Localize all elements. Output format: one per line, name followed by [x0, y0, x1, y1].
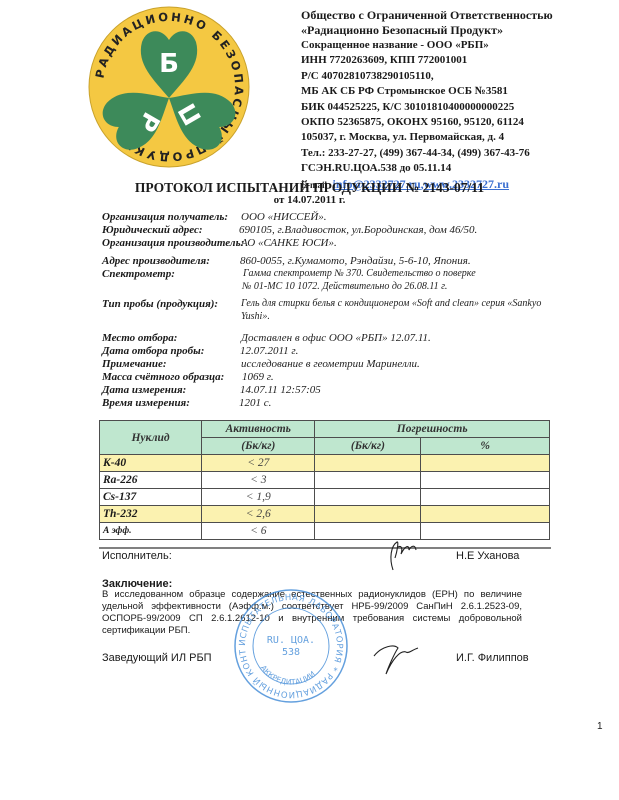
- nuclide-cell: Cs-137: [100, 489, 202, 506]
- field-label-sampling-date: Дата отбора пробы:: [102, 345, 204, 357]
- activity-cell: < 3: [202, 472, 315, 489]
- company-bik: БИК 044525225, К/С 30101810400000000225: [301, 100, 611, 115]
- activity-cell: < 27: [202, 455, 315, 472]
- company-account: Р/С 40702810738290105110,: [301, 69, 611, 84]
- field-value-sampling-date: 12.07.2011 г.: [240, 345, 298, 357]
- company-name-line2: «Радиационно Безопасный Продукт»: [301, 23, 611, 38]
- company-phones: Тел.: 233-27-27, (499) 367-44-34, (499) …: [301, 146, 611, 161]
- error-pct-cell: [421, 455, 550, 472]
- company-header: Общество с Ограниченной Ответственностью…: [301, 8, 611, 193]
- company-short-name: Сокращенное название - ООО «РБП»: [301, 38, 611, 53]
- nuclide-cell: Th-232: [100, 506, 202, 523]
- company-bank: МБ АК СБ РФ Стромынское ОСБ №3581: [301, 84, 611, 99]
- field-label-manufacturer: Организация производитель:: [102, 237, 244, 249]
- field-value-spectrometer: Гамма спектрометр № 370. Свидетельство о…: [243, 268, 476, 279]
- activity-cell: < 2,6: [202, 506, 315, 523]
- field-value-legal-address: 690105, г.Владивосток, ул.Бородинская, д…: [239, 224, 477, 236]
- page-number: 1: [597, 721, 603, 732]
- error-pct-cell: [421, 523, 550, 540]
- nuclide-cell: А эфф.: [100, 523, 202, 540]
- company-name-line1: Общество с Ограниченной Ответственностью: [301, 8, 611, 23]
- nuclide-cell: Ra-226: [100, 472, 202, 489]
- company-accreditation: ГСЭН.RU.ЦОА.538 до 05.11.14: [301, 161, 611, 176]
- field-label-sample-type: Тип пробы (продукция):: [102, 298, 218, 310]
- table-row: Ra-226< 3: [100, 472, 550, 489]
- field-label-manufacturer-address: Адрес производителя:: [102, 255, 210, 267]
- table-bottom-rule: [99, 547, 551, 549]
- field-label-recipient: Организация получатель:: [102, 211, 228, 223]
- error-pct-cell: [421, 472, 550, 489]
- head-label: Заведующий ИЛ РБП: [102, 652, 212, 664]
- executor-name: Н.Е Уханова: [456, 550, 519, 562]
- header-activity: Активность: [202, 421, 315, 438]
- error-bq-cell: [315, 472, 421, 489]
- header-error: Погрешность: [315, 421, 550, 438]
- table-row: А эфф.< 6: [100, 523, 550, 540]
- header-activity-unit: (Бк/кг): [202, 438, 315, 455]
- error-bq-cell: [315, 455, 421, 472]
- field-value-spectrometer-cert: № 01-МС 10 1072. Действительно до 26.08.…: [242, 281, 447, 292]
- results-table: Нуклид Активность Погрешность (Бк/кг) (Б…: [99, 420, 550, 540]
- stamp-center-line2: 538: [282, 647, 300, 658]
- header-error-percent: %: [421, 438, 550, 455]
- error-bq-cell: [315, 506, 421, 523]
- header-nuclide: Нуклид: [100, 421, 202, 455]
- head-signature: [372, 640, 422, 676]
- company-logo: РАДИАЦИОННО БЕЗОПАСНЫЙ ПРОДУКТ Б Р П: [84, 2, 254, 172]
- field-label-sample-mass: Масса счётного образца:: [102, 371, 224, 383]
- field-value-note: исследование в геометрии Маринелли.: [241, 358, 420, 370]
- company-inn-kpp: ИНН 7720263609, КПП 772001001: [301, 53, 611, 68]
- accreditation-stamp: ИСПЫТАТЕЛЬНАЯ ЛАБОРАТОРИЯ * РАДИАЦИОННЫЙ…: [232, 587, 350, 705]
- field-value-measurement-date: 14.07.11 12:57:05: [240, 384, 321, 396]
- executor-signature: [383, 538, 423, 574]
- table-row: Cs-137< 1,9: [100, 489, 550, 506]
- field-value-manufacturer: АО «САНКЕ ЮСИ».: [241, 237, 337, 249]
- field-label-sampling-place: Место отбора:: [102, 332, 177, 344]
- field-value-sample-type-cont: Yushi».: [241, 311, 270, 322]
- field-value-recipient: ООО «НИССЕЙ».: [241, 211, 327, 223]
- field-label-measurement-date: Дата измерения:: [102, 384, 186, 396]
- field-value-measurement-time: 1201 с.: [239, 397, 271, 409]
- activity-cell: < 6: [202, 523, 315, 540]
- error-bq-cell: [315, 489, 421, 506]
- field-value-sample-type: Гель для стирки белья с кондиционером «S…: [241, 298, 541, 309]
- activity-cell: < 1,9: [202, 489, 315, 506]
- field-value-sample-mass: 1069 г.: [242, 371, 274, 383]
- error-pct-cell: [421, 506, 550, 523]
- protocol-date: от 14.07.2011 г.: [0, 194, 619, 206]
- nuclide-cell: К-40: [100, 455, 202, 472]
- stamp-center-line1: RU. ЦОА.: [267, 635, 315, 646]
- error-bq-cell: [315, 523, 421, 540]
- head-name: И.Г. Филиппов: [456, 652, 529, 664]
- company-address: 105037, г. Москва, ул. Первомайская, д. …: [301, 130, 611, 145]
- company-okpo: ОКПО 52365875, ОКОНХ 95160, 95120, 61124: [301, 115, 611, 130]
- logo-letter-b: Б: [159, 49, 179, 79]
- field-label-spectrometer: Спектрометр:: [102, 268, 175, 280]
- field-value-sampling-place: Доставлен в офис ООО «РБП» 12.07.11.: [241, 332, 431, 344]
- field-label-note: Примечание:: [102, 358, 167, 370]
- table-row: Th-232< 2,6: [100, 506, 550, 523]
- field-value-manufacturer-address: 860-0055, г.Кумамото, Рэндайзи, 5-6-10, …: [240, 255, 471, 267]
- protocol-title: ПРОТОКОЛ ИСПЫТАНИЙ ПРОДУКЦИИ № 2143-07/1…: [0, 180, 619, 195]
- error-pct-cell: [421, 489, 550, 506]
- header-error-unit: (Бк/кг): [315, 438, 421, 455]
- field-label-measurement-time: Время измерения:: [102, 397, 190, 409]
- field-label-legal-address: Юридический адрес:: [102, 224, 203, 236]
- table-row: К-40< 27: [100, 455, 550, 472]
- executor-label: Исполнитель:: [102, 550, 172, 562]
